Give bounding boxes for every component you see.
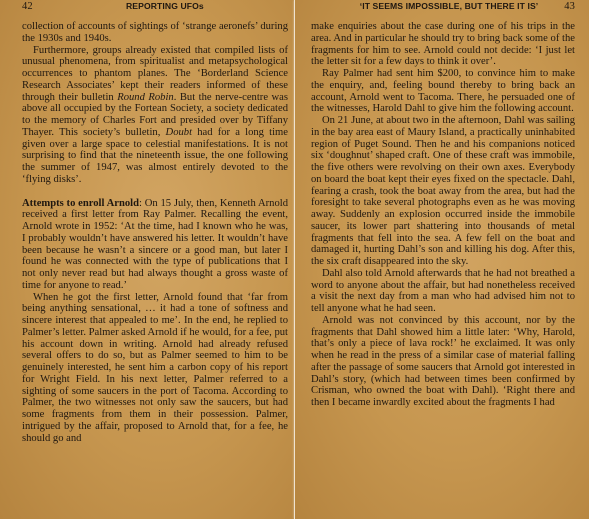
paragraph: Furthermore, groups already existed that… bbox=[22, 45, 288, 186]
right-page-body: make enquiries about the case during one… bbox=[311, 21, 575, 409]
paragraph: Dahl also told Arnold afterwards that he… bbox=[311, 268, 575, 315]
running-head-title-right: ‘IT SEEMS IMPOSSIBLE, BUT THERE IT IS’ bbox=[360, 1, 539, 11]
right-page: ‘IT SEEMS IMPOSSIBLE, BUT THERE IT IS’ 4… bbox=[295, 0, 589, 519]
paragraph: On 21 June, at about two in the afternoo… bbox=[311, 115, 575, 268]
paragraph: Arnold was not convinced by this account… bbox=[311, 315, 575, 409]
left-running-head: 42 REPORTING UFOs bbox=[22, 0, 288, 13]
text-span: : On 15 July, then, Kenneth Arnold recei… bbox=[22, 198, 288, 291]
page-number-right: 43 bbox=[564, 1, 575, 12]
paragraph: Ray Palmer had sent him $200, to convinc… bbox=[311, 68, 575, 115]
right-running-head: ‘IT SEEMS IMPOSSIBLE, BUT THERE IT IS’ 4… bbox=[311, 0, 575, 13]
paragraph: make enquiries about the case during one… bbox=[311, 21, 575, 68]
left-page-body: collection of accounts of sightings of ‘… bbox=[22, 21, 288, 444]
paragraph: collection of accounts of sightings of ‘… bbox=[22, 21, 288, 45]
book-spread: 42 REPORTING UFOs collection of accounts… bbox=[0, 0, 589, 519]
page-number-left: 42 bbox=[22, 1, 126, 12]
italic-title-doubt: Doubt bbox=[166, 127, 192, 138]
section-heading: Attempts to enroll Arnold bbox=[22, 198, 139, 209]
paragraph: Attempts to enroll Arnold: On 15 July, t… bbox=[22, 198, 288, 292]
italic-title-round-robin: Round Robin bbox=[117, 92, 173, 103]
paragraph: When he got the first letter, Arnold fou… bbox=[22, 292, 288, 445]
left-page: 42 REPORTING UFOs collection of accounts… bbox=[0, 0, 295, 519]
running-head-title-left: REPORTING UFOs bbox=[126, 1, 204, 11]
